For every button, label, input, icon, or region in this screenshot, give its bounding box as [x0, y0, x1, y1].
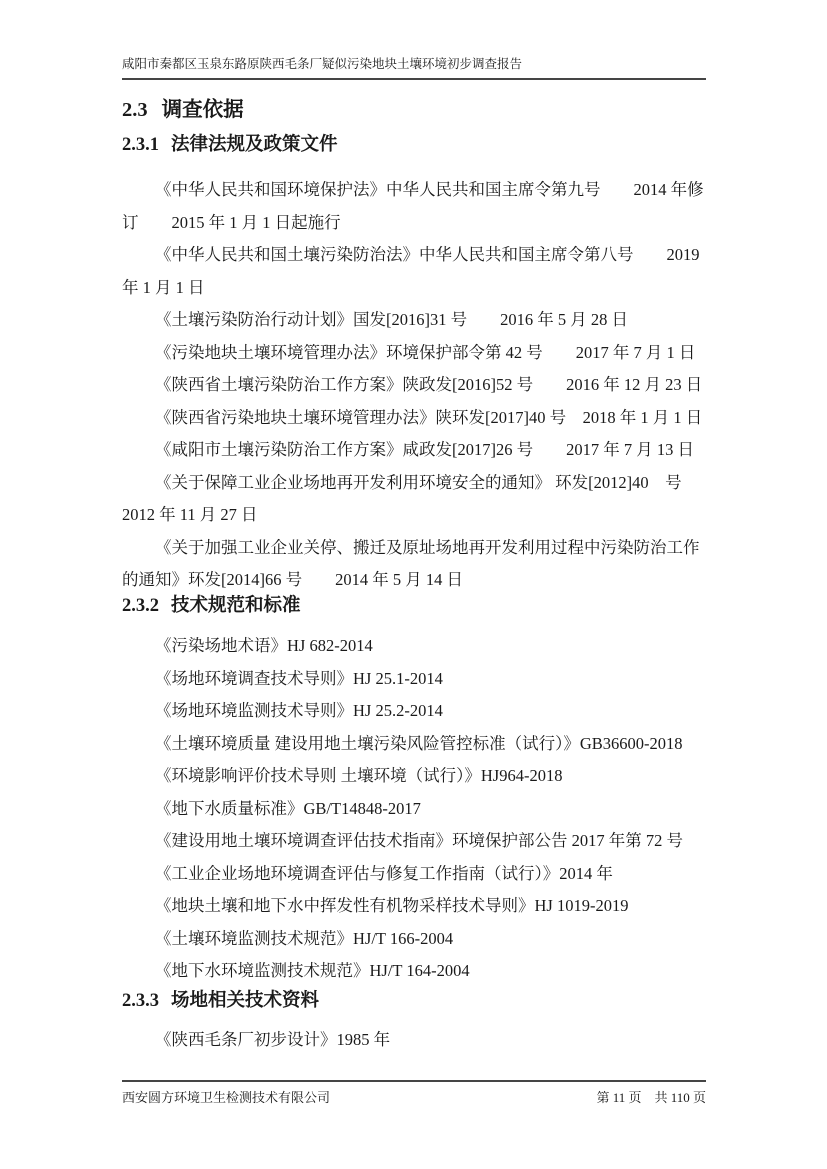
paragraph-line: 《咸阳市土壤污染防治工作方案》咸政发[2017]26 号 2017 年 7 月 … — [122, 434, 706, 467]
section-2-3-heading: 2.3调查依据 — [122, 97, 706, 124]
page-footer: 西安圆方环境卫生检测技术有限公司 第 11 页 共 110 页 — [122, 1080, 706, 1107]
footer-company: 西安圆方环境卫生检测技术有限公司 — [122, 1089, 330, 1107]
paragraph-line: 《污染地块土壤环境管理办法》环境保护部令第 42 号 2017 年 7 月 1 … — [122, 337, 706, 370]
running-title: 咸阳市秦都区玉泉东路原陕西毛条厂疑似污染地块土壤环境初步调查报告 — [122, 57, 522, 71]
legal-policy-list: 《中华人民共和国环境保护法》中华人民共和国主席令第九号 2014 年修 订 20… — [122, 174, 706, 597]
section-number: 2.3.2 — [122, 596, 159, 616]
list-item: 《土壤环境质量 建设用地土壤污染风险管控标准（试行）》GB36600-2018 — [122, 728, 706, 761]
paragraph-line: 《关于加强工业企业关停、搬迁及原址场地再开发利用过程中污染防治工作 — [122, 532, 706, 565]
footer-page-info: 第 11 页 共 110 页 — [596, 1089, 706, 1107]
list-item: 《地下水环境监测技术规范》HJ/T 164-2004 — [122, 955, 706, 988]
site-materials-list: 《陕西毛条厂初步设计》1985 年 — [122, 1024, 706, 1057]
list-item: 《污染场地术语》HJ 682-2014 — [122, 630, 706, 663]
list-item: 《地块土壤和地下水中挥发性有机物采样技术导则》HJ 1019-2019 — [122, 890, 706, 923]
paragraph-line: 《陕西省污染地块土壤环境管理办法》陕环发[2017]40 号 2018 年 1 … — [122, 402, 706, 435]
list-item: 《陕西毛条厂初步设计》1985 年 — [122, 1024, 706, 1057]
paragraph-line: 《关于保障工业企业场地再开发利用环境安全的通知》 环发[2012]40 号 — [122, 467, 706, 500]
section-title: 调查依据 — [162, 99, 244, 121]
list-item: 《场地环境监测技术导则》HJ 25.2-2014 — [122, 695, 706, 728]
list-item: 《地下水质量标准》GB/T14848-2017 — [122, 793, 706, 826]
paragraph-line: 年 1 月 1 日 — [122, 272, 706, 305]
paragraph-line: 的通知》环发[2014]66 号 2014 年 5 月 14 日 — [122, 564, 706, 597]
list-item: 《工业企业场地环境调查评估与修复工作指南（试行）》2014 年 — [122, 858, 706, 891]
list-item: 《土壤环境监测技术规范》HJ/T 166-2004 — [122, 923, 706, 956]
section-number: 2.3.1 — [122, 135, 159, 155]
section-number: 2.3 — [122, 99, 148, 121]
list-item: 《场地环境调查技术导则》HJ 25.1-2014 — [122, 663, 706, 696]
section-2-3-1-heading: 2.3.1法律法规及政策文件 — [122, 133, 706, 158]
standards-list: 《污染场地术语》HJ 682-2014 《场地环境调查技术导则》HJ 25.1-… — [122, 630, 706, 988]
list-item: 《建设用地土壤环境调查评估技术指南》环境保护部公告 2017 年第 72 号 — [122, 825, 706, 858]
section-title: 场地相关技术资料 — [171, 991, 319, 1011]
section-2-3-3-heading: 2.3.3场地相关技术资料 — [122, 989, 706, 1014]
paragraph-line: 《中华人民共和国环境保护法》中华人民共和国主席令第九号 2014 年修 — [122, 174, 706, 207]
section-title: 技术规范和标准 — [171, 596, 301, 616]
paragraph-line: 《中华人民共和国土壤污染防治法》中华人民共和国主席令第八号 2019 — [122, 239, 706, 272]
section-2-3-2-heading: 2.3.2技术规范和标准 — [122, 594, 706, 619]
paragraph-line: 《陕西省土壤污染防治工作方案》陕政发[2016]52 号 2016 年 12 月… — [122, 369, 706, 402]
paragraph-line: 《土壤污染防治行动计划》国发[2016]31 号 2016 年 5 月 28 日 — [122, 304, 706, 337]
paragraph-line: 订 2015 年 1 月 1 日起施行 — [122, 207, 706, 240]
paragraph-line: 2012 年 11 月 27 日 — [122, 499, 706, 532]
section-number: 2.3.3 — [122, 991, 159, 1011]
section-title: 法律法规及政策文件 — [171, 135, 338, 155]
list-item: 《环境影响评价技术导则 土壤环境（试行）》HJ964-2018 — [122, 760, 706, 793]
document-page: 咸阳市秦都区玉泉东路原陕西毛条厂疑似污染地块土壤环境初步调查报告 2.3调查依据… — [0, 0, 827, 1169]
page-header: 咸阳市秦都区玉泉东路原陕西毛条厂疑似污染地块土壤环境初步调查报告 — [122, 56, 706, 80]
